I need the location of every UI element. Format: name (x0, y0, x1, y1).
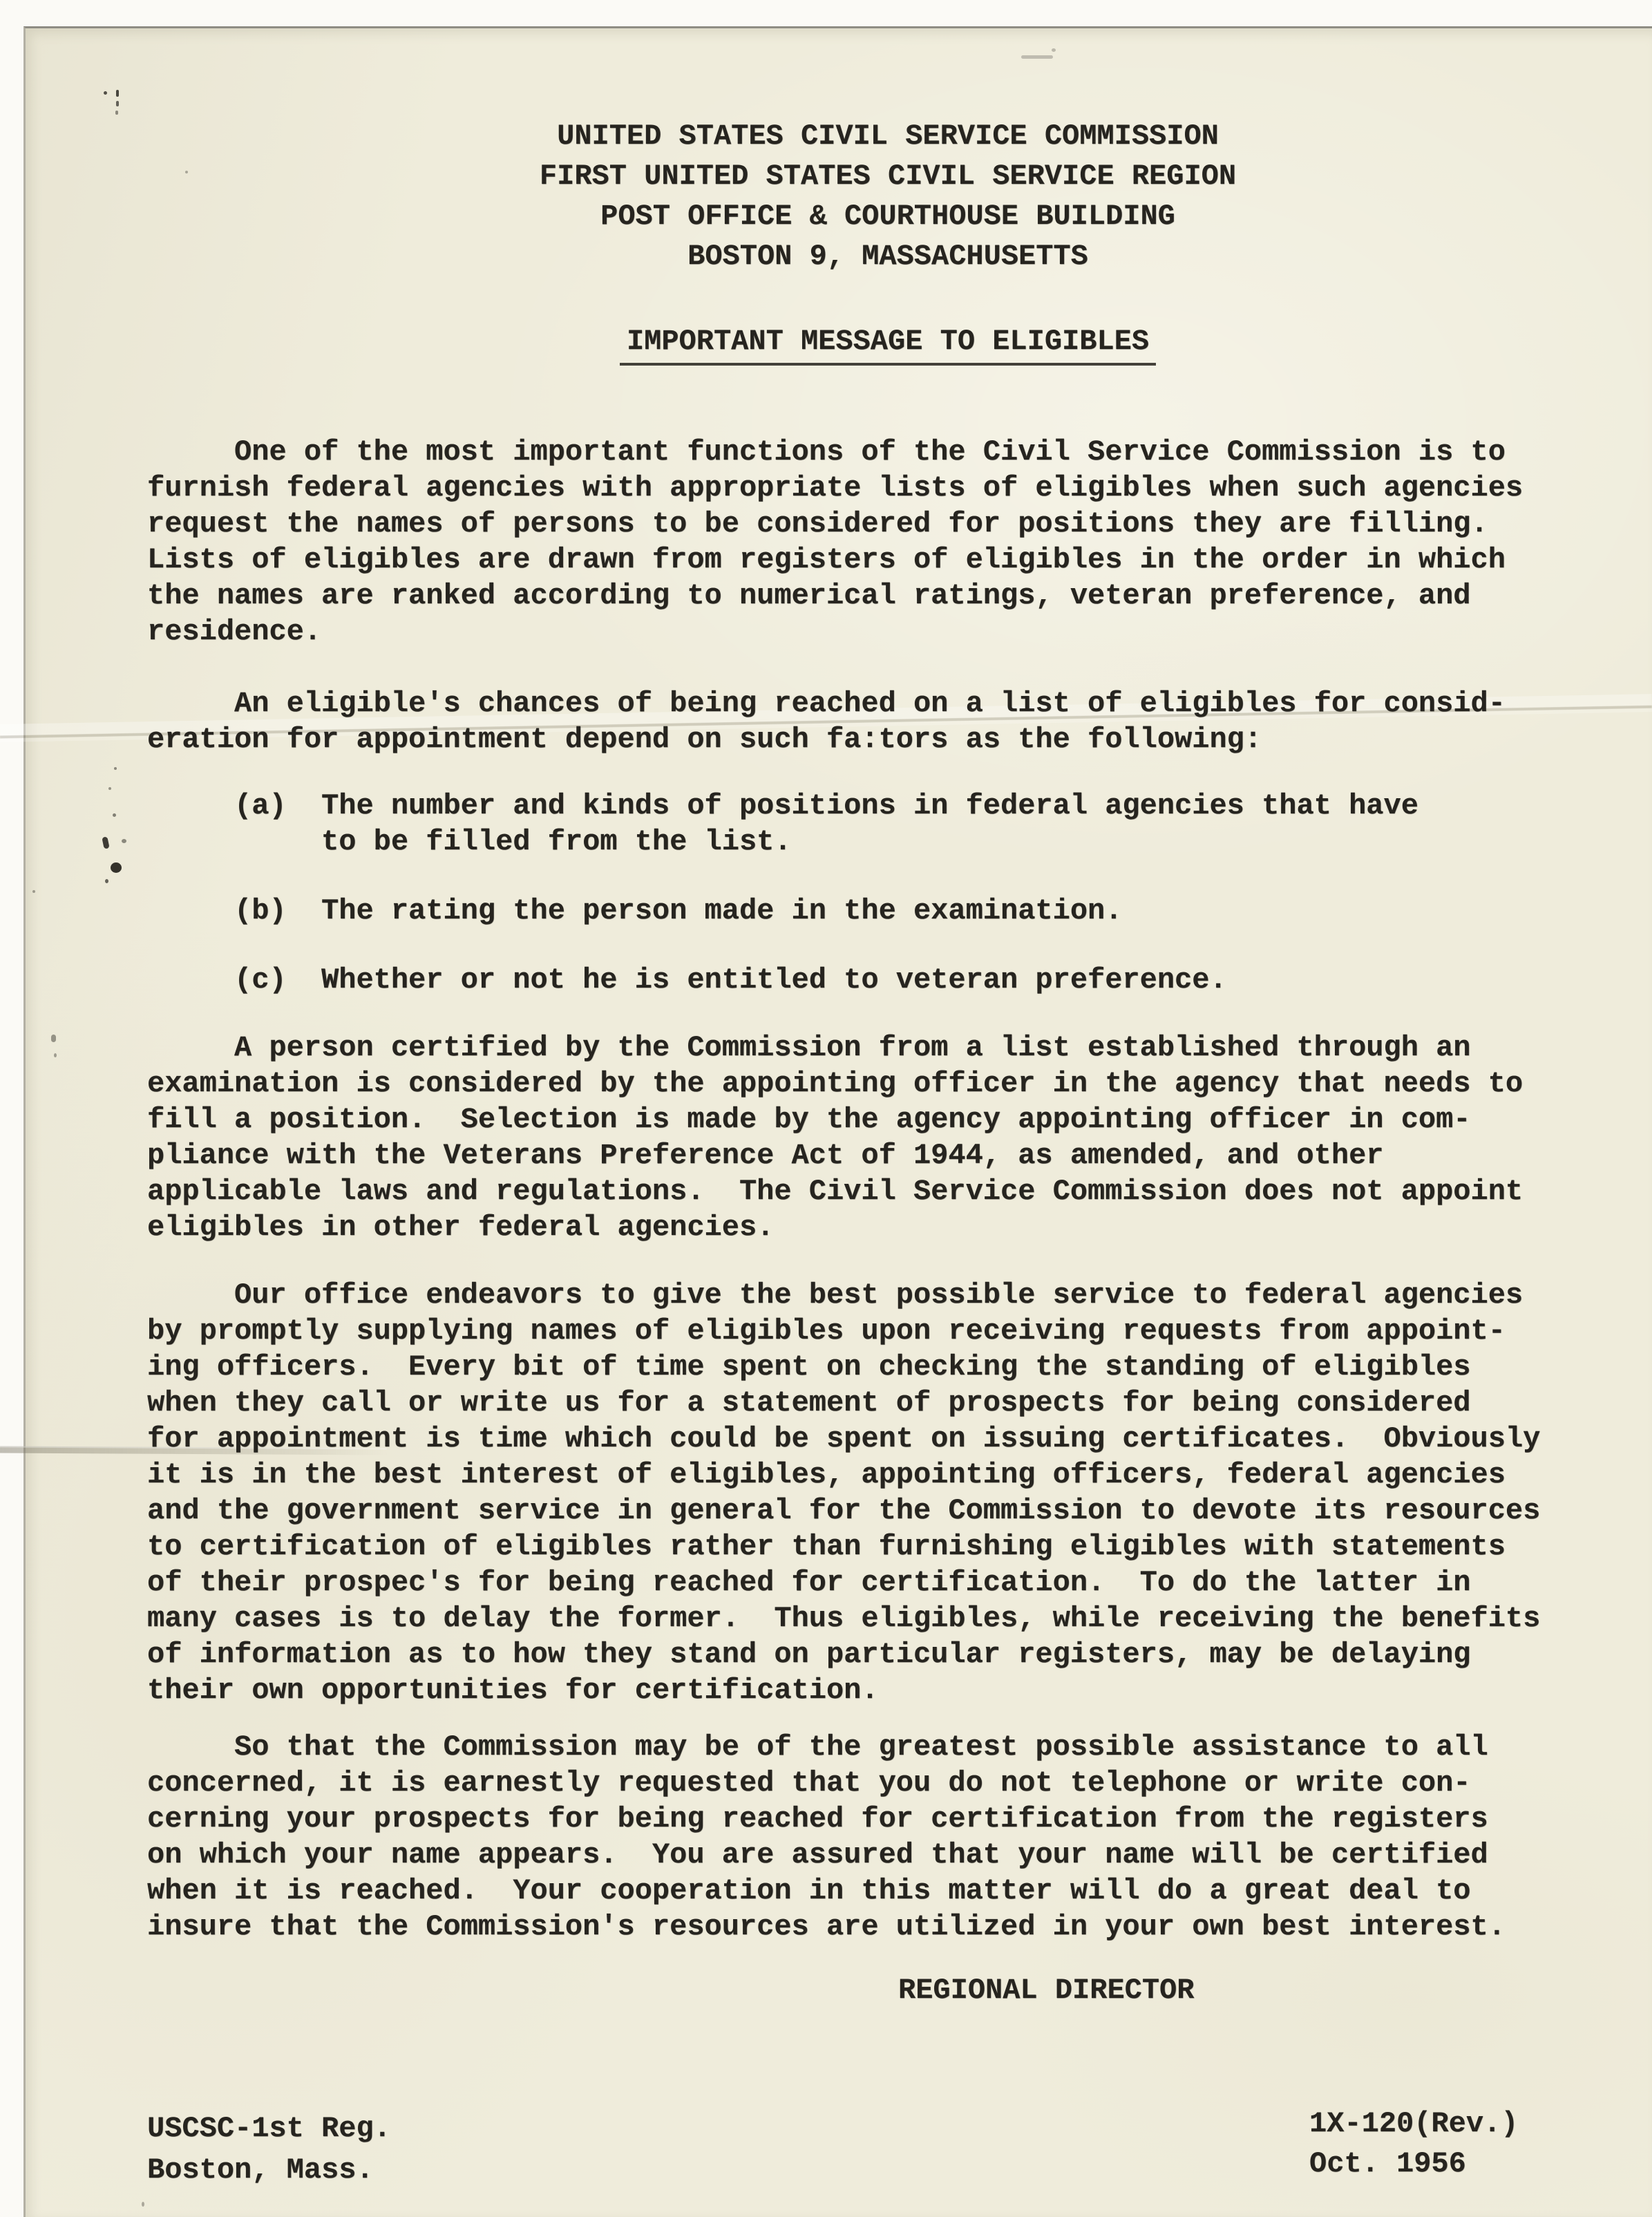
text-line: to certification of eligibles rather tha… (147, 1529, 1612, 1565)
text-line: applicable laws and regulations. The Civ… (147, 1173, 1612, 1209)
form-number-line: 1X-120(Rev.) (1309, 2104, 1518, 2144)
signature-block: REGIONAL DIRECTOR (898, 1974, 1194, 2007)
text-line: many cases is to delay the former. Thus … (147, 1601, 1612, 1636)
text-line: (c) Whether or not he is entitled to vet… (147, 962, 1612, 998)
paragraph-2: An eligible's chances of being reached o… (147, 686, 1612, 757)
text-line: request the names of persons to be consi… (147, 506, 1612, 542)
paragraph-4: Our office endeavors to give the best po… (147, 1277, 1612, 1708)
text-line: eligibles in other federal agencies. (147, 1209, 1612, 1245)
text-line: furnish federal agencies with appropriat… (147, 470, 1612, 506)
ink-speck (108, 787, 111, 790)
text-line: A person certified by the Commission fro… (147, 1030, 1612, 1066)
pencil-speck (1052, 48, 1056, 52)
ink-speck (113, 813, 116, 817)
text-line: insure that the Commission's resources a… (147, 1909, 1612, 1945)
footer-form-number: 1X-120(Rev.) Oct. 1956 (1309, 2104, 1518, 2184)
text-line: concerned, it is earnestly requested tha… (147, 1765, 1612, 1801)
ink-speck (115, 111, 118, 115)
text-line: BOSTON 9, MASSACHUSETTS (197, 236, 1579, 276)
text-line: Our office endeavors to give the best po… (147, 1277, 1612, 1313)
signature-title: REGIONAL DIRECTOR (898, 1974, 1194, 2007)
text-line: when it is reached. Your cooperation in … (147, 1873, 1612, 1909)
ink-speck (54, 1053, 57, 1057)
ink-speck (116, 101, 119, 106)
text-line: examination is considered by the appoint… (147, 1066, 1612, 1102)
ink-speck (122, 839, 126, 843)
text-line: it is in the best interest of eligibles,… (147, 1457, 1612, 1493)
ink-blot (111, 862, 122, 873)
scan-background: UNITED STATES CIVIL SERVICE COMMISSIONFI… (0, 0, 1652, 2215)
text-line: of their prospec's for being reached for… (147, 1565, 1612, 1601)
paragraph-1: One of the most important functions of t… (147, 434, 1612, 650)
ink-speck (104, 91, 107, 95)
list-item-b: (b) The rating the person made in the ex… (147, 893, 1612, 929)
text-line: pliance with the Veterans Preference Act… (147, 1138, 1612, 1173)
text-line: UNITED STATES CIVIL SERVICE COMMISSION (197, 116, 1579, 156)
text-line: POST OFFICE & COURTHOUSE BUILDING (197, 196, 1579, 236)
text-line: for appointment is time which could be s… (147, 1421, 1612, 1457)
ink-speck (142, 2202, 144, 2207)
text-line: ing officers. Every bit of time spent on… (147, 1349, 1612, 1385)
text-line: residence. (147, 614, 1612, 650)
ink-speck (51, 1035, 56, 1042)
text-line: of information as to how they stand on p… (147, 1636, 1612, 1672)
text-line: (b) The rating the person made in the ex… (147, 893, 1612, 929)
letterhead: UNITED STATES CIVIL SERVICE COMMISSIONFI… (197, 116, 1579, 276)
form-date-line: Oct. 1956 (1309, 2144, 1518, 2184)
text-line: to be filled from the list. (147, 824, 1612, 860)
document-title: IMPORTANT MESSAGE TO ELIGIBLES (620, 325, 1156, 366)
text-line: when they call or write us for a stateme… (147, 1385, 1612, 1421)
text-line: and the government service in general fo… (147, 1493, 1612, 1529)
text-line: One of the most important functions of t… (147, 434, 1612, 470)
paragraph-5: So that the Commission may be of the gre… (147, 1729, 1612, 1945)
footer-office-id: USCSC-1st Reg. Boston, Mass. (147, 2108, 391, 2191)
text-line: the names are ranked according to numeri… (147, 578, 1612, 614)
text-line: cerning your prospects for being reached… (147, 1801, 1612, 1837)
ink-speck (32, 890, 35, 893)
list-item-a: (a) The number and kinds of positions in… (147, 788, 1612, 860)
ink-speck (185, 171, 188, 173)
footer-city-line: Boston, Mass. (147, 2149, 391, 2191)
list-item-c: (c) Whether or not he is entitled to vet… (147, 962, 1612, 998)
pencil-smudge (1021, 55, 1053, 59)
ink-speck (114, 767, 117, 770)
text-line: their own opportunities for certificatio… (147, 1672, 1612, 1708)
text-line: FIRST UNITED STATES CIVIL SERVICE REGION (197, 156, 1579, 196)
text-line: Lists of eligibles are drawn from regist… (147, 542, 1612, 578)
text-line: fill a position. Selection is made by th… (147, 1102, 1612, 1138)
footer-office-line: USCSC-1st Reg. (147, 2108, 391, 2149)
text-line: (a) The number and kinds of positions in… (147, 788, 1612, 824)
text-line: by promptly supplying names of eligibles… (147, 1313, 1612, 1349)
ink-speck (105, 879, 108, 883)
document-title-row: IMPORTANT MESSAGE TO ELIGIBLES (197, 325, 1579, 366)
text-line: An eligible's chances of being reached o… (147, 686, 1612, 721)
ink-speck (116, 90, 119, 97)
text-line: So that the Commission may be of the gre… (147, 1729, 1612, 1765)
paragraph-3: A person certified by the Commission fro… (147, 1030, 1612, 1245)
text-line: eration for appointment depend on such f… (147, 721, 1612, 757)
text-line: on which your name appears. You are assu… (147, 1837, 1612, 1873)
